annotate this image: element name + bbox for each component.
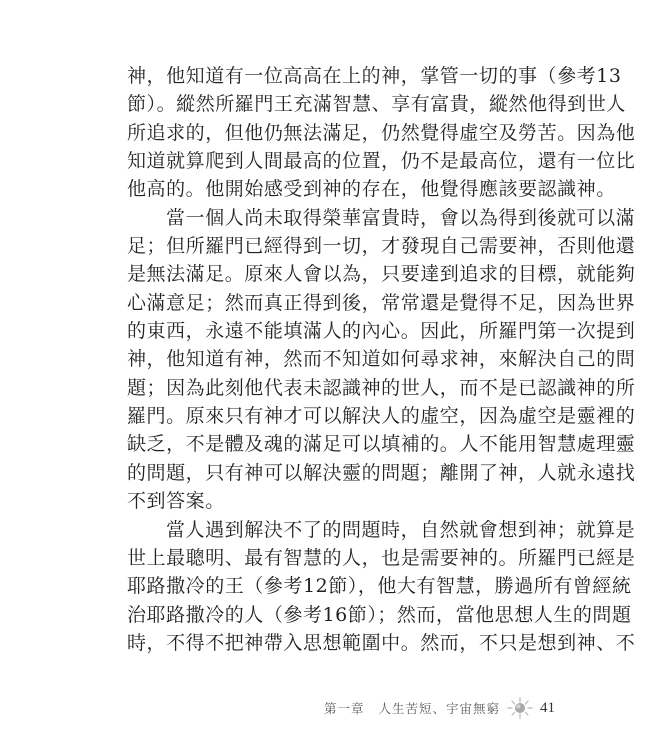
text-line: 神，他知道有神，然而不知道如何尋求神，來解決自己的問 bbox=[127, 345, 519, 373]
text-line: 題；因為此刻他代表未認識神的世人，而不是已認識神的所 bbox=[127, 374, 519, 402]
text-line: 的東西，永遠不能填滿人的內心。因此，所羅門第一次提到 bbox=[127, 317, 519, 345]
text-line: 所追求的，但他仍無法滿足，仍然覺得虛空及勞苦。因為他 bbox=[127, 119, 519, 147]
page-number: 41 bbox=[540, 700, 555, 717]
text-line: 心滿意足；然而真正得到後，常常還是覺得不足，因為世界 bbox=[127, 289, 519, 317]
text-line: 是無法滿足。原來人會以為，只要達到追求的目標，就能夠 bbox=[127, 260, 519, 288]
text-line: 他高的。他開始感受到神的存在，他覺得應該要認識神。 bbox=[127, 175, 519, 203]
body-text: 神，他知道有一位高高在上的神，掌管一切的事（參考13 節）。縱然所羅門王充滿智慧… bbox=[127, 62, 519, 657]
text-line: 時，不得不把神帶入思想範圍中。然而，不只是想到神、不 bbox=[127, 629, 519, 657]
text-line: 的問題，只有神可以解決靈的問題；離開了神，人就永遠找 bbox=[127, 459, 519, 487]
running-footer: 第一章 人生苦短、宇宙無窮 41 bbox=[324, 696, 555, 720]
sun-icon bbox=[506, 696, 534, 720]
paragraph-start-line: 當人遇到解決不了的問題時，自然就會想到神；就算是 bbox=[127, 516, 519, 544]
text-line: 耶路撒冷的王（參考12節），他大有智慧，勝過所有曾經統 bbox=[127, 572, 519, 600]
text-line: 足；但所羅門已經得到一切，才發現自己需要神，否則他還 bbox=[127, 232, 519, 260]
text-line: 節）。縱然所羅門王充滿智慧、享有富貴，縱然他得到世人 bbox=[127, 90, 519, 118]
chapter-title: 人生苦短、宇宙無窮 bbox=[378, 699, 500, 717]
text-line: 治耶路撒冷的人（參考16節）；然而，當他思想人生的問題 bbox=[127, 601, 519, 629]
book-page: 神，他知道有一位高高在上的神，掌管一切的事（參考13 節）。縱然所羅門王充滿智慧… bbox=[0, 0, 650, 750]
text-line: 缺乏，不是體及魂的滿足可以填補的。人不能用智慧處理靈 bbox=[127, 430, 519, 458]
text-line: 不到答案。 bbox=[127, 487, 519, 515]
text-line: 神，他知道有一位高高在上的神，掌管一切的事（參考13 bbox=[127, 62, 519, 90]
chapter-label: 第一章 bbox=[324, 699, 365, 717]
paragraph-start-line: 當一個人尚未取得榮華富貴時，會以為得到後就可以滿 bbox=[127, 204, 519, 232]
text-line: 知道就算爬到人間最高的位置，仍不是最高位，還有一位比 bbox=[127, 147, 519, 175]
text-line: 羅門。原來只有神才可以解決人的虛空，因為虛空是靈裡的 bbox=[127, 402, 519, 430]
text-line: 世上最聰明、最有智慧的人，也是需要神的。所羅門已經是 bbox=[127, 544, 519, 572]
